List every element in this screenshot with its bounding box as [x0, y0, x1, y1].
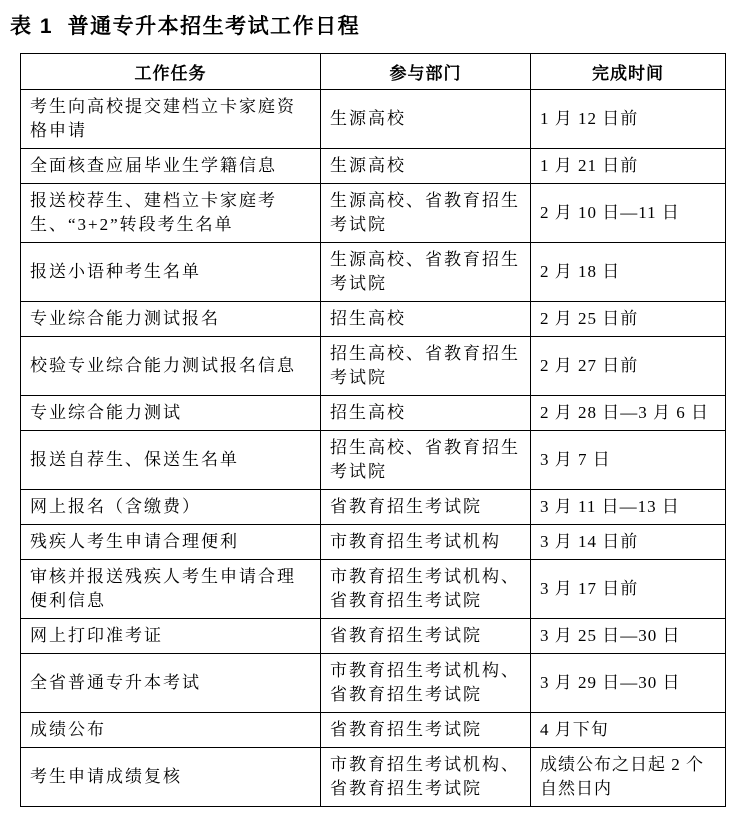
column-header-task: 工作任务	[21, 54, 321, 90]
task-cell: 残疾人考生申请合理便利	[21, 525, 321, 560]
task-cell: 考生申请成绩复核	[21, 748, 321, 807]
time-cell: 4 月下旬	[531, 713, 726, 748]
time-cell: 2 月 27 日前	[531, 337, 726, 396]
task-cell: 报送自荐生、保送生名单	[21, 431, 321, 490]
column-header-department: 参与部门	[321, 54, 531, 90]
task-cell: 专业综合能力测试	[21, 396, 321, 431]
task-cell: 全省普通专升本考试	[21, 654, 321, 713]
task-cell: 成绩公布	[21, 713, 321, 748]
task-cell: 校验专业综合能力测试报名信息	[21, 337, 321, 396]
time-cell: 2 月 18 日	[531, 243, 726, 302]
table-row: 报送校荐生、建档立卡家庭考生、“3+2”转段考生名单生源高校、省教育招生考试院2…	[21, 184, 726, 243]
time-cell: 3 月 11 日—13 日	[531, 490, 726, 525]
department-cell: 市教育招生考试机构、省教育招生考试院	[321, 748, 531, 807]
task-cell: 审核并报送残疾人考生申请合理便利信息	[21, 560, 321, 619]
department-cell: 生源高校、省教育招生考试院	[321, 243, 531, 302]
time-cell: 1 月 12 日前	[531, 90, 726, 149]
department-cell: 招生高校	[321, 302, 531, 337]
document-page: 表 1 普通专升本招生考试工作日程 工作任务 参与部门 完成时间 考生向高校提交…	[0, 0, 739, 829]
schedule-table: 工作任务 参与部门 完成时间 考生向高校提交建档立卡家庭资格申请生源高校1 月 …	[20, 53, 726, 807]
table-row: 考生向高校提交建档立卡家庭资格申请生源高校1 月 12 日前	[21, 90, 726, 149]
task-cell: 报送校荐生、建档立卡家庭考生、“3+2”转段考生名单	[21, 184, 321, 243]
table-row: 残疾人考生申请合理便利市教育招生考试机构3 月 14 日前	[21, 525, 726, 560]
department-cell: 市教育招生考试机构、省教育招生考试院	[321, 654, 531, 713]
time-cell: 2 月 10 日—11 日	[531, 184, 726, 243]
table-row: 专业综合能力测试招生高校2 月 28 日—3 月 6 日	[21, 396, 726, 431]
time-cell: 成绩公布之日起 2 个自然日内	[531, 748, 726, 807]
time-cell: 3 月 25 日—30 日	[531, 619, 726, 654]
time-cell: 3 月 7 日	[531, 431, 726, 490]
column-header-time: 完成时间	[531, 54, 726, 90]
department-cell: 招生高校	[321, 396, 531, 431]
task-cell: 报送小语种考生名单	[21, 243, 321, 302]
department-cell: 招生高校、省教育招生考试院	[321, 337, 531, 396]
department-cell: 生源高校、省教育招生考试院	[321, 184, 531, 243]
task-cell: 考生向高校提交建档立卡家庭资格申请	[21, 90, 321, 149]
page-title: 表 1 普通专升本招生考试工作日程	[10, 10, 725, 40]
time-cell: 3 月 14 日前	[531, 525, 726, 560]
table-row: 全省普通专升本考试市教育招生考试机构、省教育招生考试院3 月 29 日—30 日	[21, 654, 726, 713]
task-cell: 全面核查应届毕业生学籍信息	[21, 149, 321, 184]
table-row: 校验专业综合能力测试报名信息招生高校、省教育招生考试院2 月 27 日前	[21, 337, 726, 396]
time-cell: 3 月 29 日—30 日	[531, 654, 726, 713]
time-cell: 1 月 21 日前	[531, 149, 726, 184]
table-row: 网上报名（含缴费）省教育招生考试院3 月 11 日—13 日	[21, 490, 726, 525]
time-cell: 3 月 17 日前	[531, 560, 726, 619]
table-row: 专业综合能力测试报名招生高校2 月 25 日前	[21, 302, 726, 337]
table-row: 审核并报送残疾人考生申请合理便利信息市教育招生考试机构、省教育招生考试院3 月 …	[21, 560, 726, 619]
table-row: 考生申请成绩复核市教育招生考试机构、省教育招生考试院成绩公布之日起 2 个自然日…	[21, 748, 726, 807]
department-cell: 省教育招生考试院	[321, 490, 531, 525]
task-cell: 专业综合能力测试报名	[21, 302, 321, 337]
table-row: 报送自荐生、保送生名单招生高校、省教育招生考试院3 月 7 日	[21, 431, 726, 490]
department-cell: 省教育招生考试院	[321, 713, 531, 748]
header-row: 工作任务 参与部门 完成时间	[21, 54, 726, 90]
table-row: 全面核查应届毕业生学籍信息生源高校1 月 21 日前	[21, 149, 726, 184]
table-row: 网上打印准考证省教育招生考试院3 月 25 日—30 日	[21, 619, 726, 654]
table-body: 考生向高校提交建档立卡家庭资格申请生源高校1 月 12 日前全面核查应届毕业生学…	[21, 90, 726, 807]
department-cell: 市教育招生考试机构	[321, 525, 531, 560]
time-cell: 2 月 25 日前	[531, 302, 726, 337]
table-row: 成绩公布省教育招生考试院4 月下旬	[21, 713, 726, 748]
task-cell: 网上打印准考证	[21, 619, 321, 654]
department-cell: 生源高校	[321, 90, 531, 149]
department-cell: 省教育招生考试院	[321, 619, 531, 654]
department-cell: 市教育招生考试机构、省教育招生考试院	[321, 560, 531, 619]
table-row: 报送小语种考生名单生源高校、省教育招生考试院2 月 18 日	[21, 243, 726, 302]
time-cell: 2 月 28 日—3 月 6 日	[531, 396, 726, 431]
department-cell: 招生高校、省教育招生考试院	[321, 431, 531, 490]
task-cell: 网上报名（含缴费）	[21, 490, 321, 525]
department-cell: 生源高校	[321, 149, 531, 184]
